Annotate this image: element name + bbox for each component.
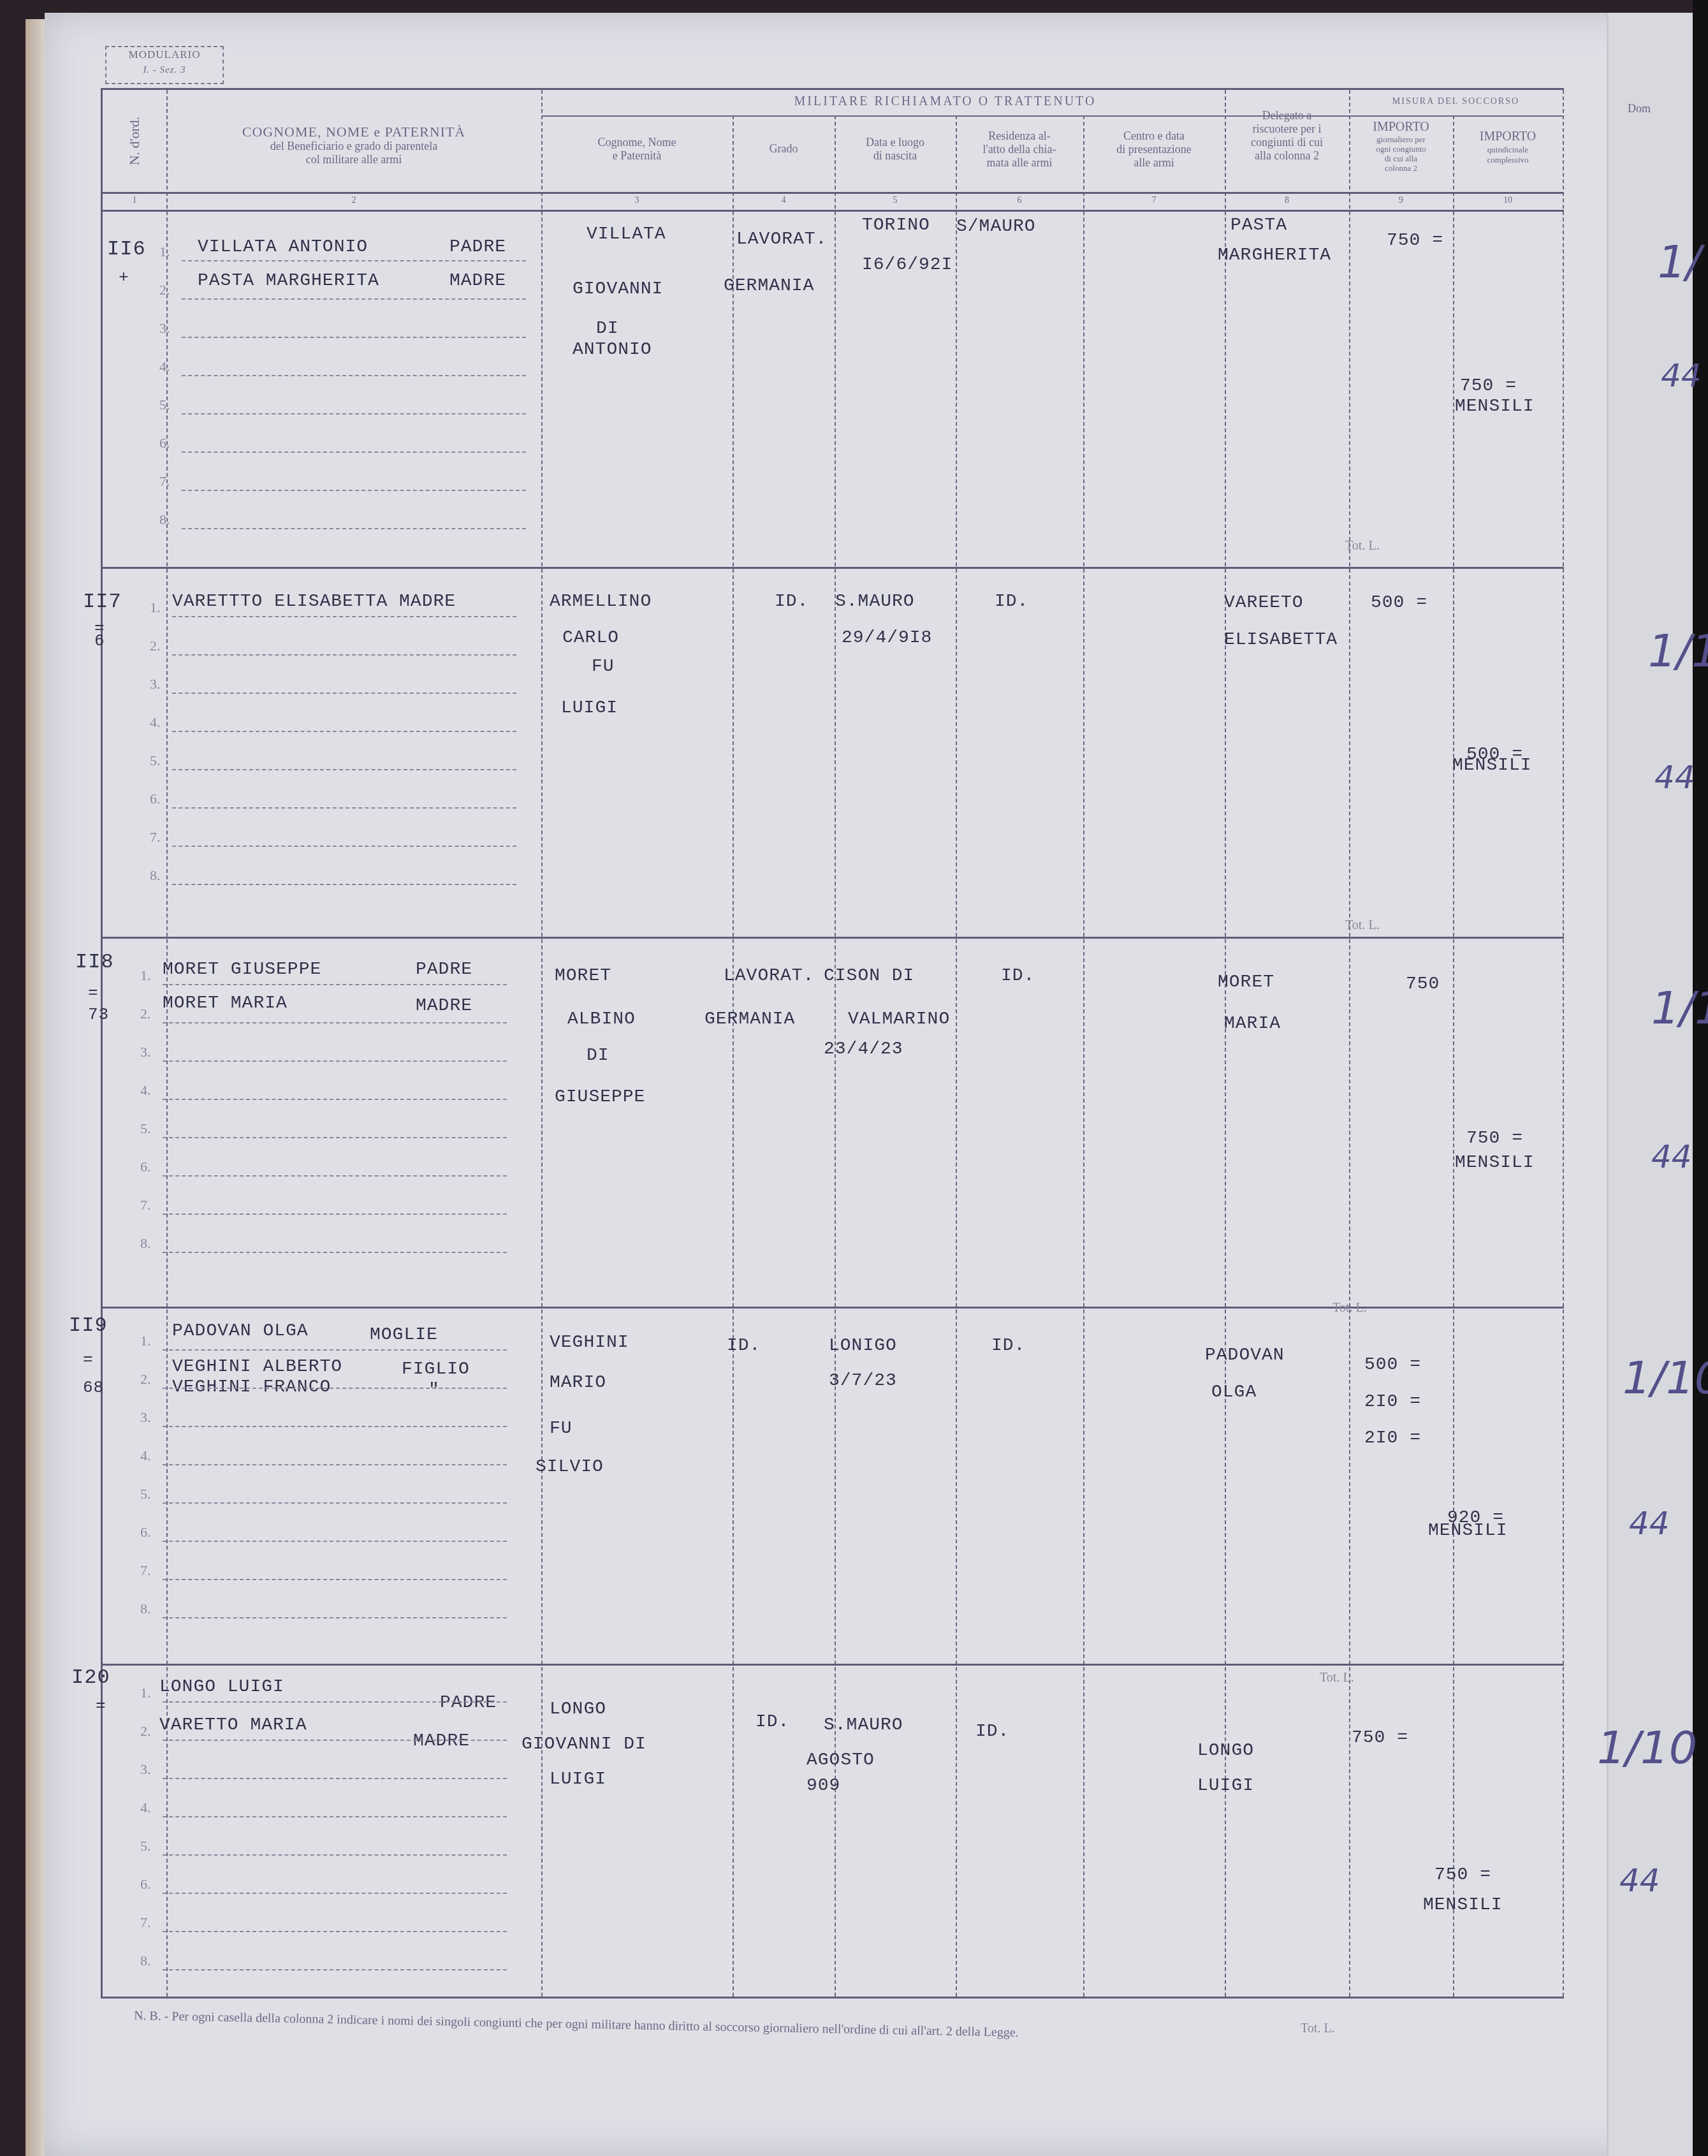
militare-name: SILVIO xyxy=(536,1457,604,1477)
dotted-line xyxy=(163,1252,507,1253)
nascita: TORINO xyxy=(862,216,930,235)
beneficiary-name: PASTA MARGHERITA xyxy=(198,271,379,291)
line-number: 7. xyxy=(140,1914,151,1931)
dotted-line xyxy=(172,846,516,847)
nascita: 23/4/23 xyxy=(824,1039,903,1059)
beneficiary-relation: " xyxy=(428,1381,440,1400)
delegato: VAREETO xyxy=(1224,593,1304,613)
residenza: ID. xyxy=(975,1722,1009,1742)
beneficiary-relation: MOGLIE xyxy=(370,1325,438,1345)
militare-name: VILLATA xyxy=(587,224,666,244)
importo-giornaliero: 750 = xyxy=(1387,231,1443,251)
dotted-line xyxy=(172,731,516,732)
beneficiary-name: LONGO LUIGI xyxy=(159,1677,284,1697)
beneficiary-name: PADOVAN OLGA xyxy=(172,1321,309,1341)
line-number: 8. xyxy=(140,1601,151,1617)
nascita: CISON DI xyxy=(824,966,914,986)
delegato: OLGA xyxy=(1211,1382,1257,1402)
residenza: ID. xyxy=(991,1336,1025,1356)
militare-name: GIOVANNI xyxy=(573,279,663,299)
colnum-bottom-line xyxy=(103,210,1564,212)
dotted-line xyxy=(163,1175,507,1177)
dotted-line xyxy=(182,375,526,376)
colnum-4: 4 xyxy=(733,196,835,206)
col-divider xyxy=(1453,115,1454,1997)
delegato: PADOVAN xyxy=(1205,1346,1285,1365)
line-number: 8. xyxy=(140,1235,151,1252)
dotted-line xyxy=(182,260,526,261)
dotted-line xyxy=(163,1969,507,1970)
total-label: Tot. L. xyxy=(1301,2021,1335,2036)
line-number: 3. xyxy=(159,320,170,337)
dotted-line xyxy=(163,1022,507,1023)
header-nord: N. d'ord. xyxy=(122,109,147,173)
delegato: LUIGI xyxy=(1197,1776,1254,1796)
handwritten-note: 44 xyxy=(1661,357,1702,394)
beneficiary-relation: PADRE xyxy=(416,960,472,979)
beneficiary-relation: PADRE xyxy=(449,237,506,257)
line-number: 4. xyxy=(140,1082,151,1099)
row-separator xyxy=(103,567,1564,569)
dotted-line xyxy=(163,1579,507,1580)
beneficiary-name: VARETTO MARIA xyxy=(159,1715,307,1735)
col-divider xyxy=(733,115,734,1997)
total-label: Tot. L. xyxy=(1345,539,1380,554)
dotted-line xyxy=(172,807,516,809)
dotted-line xyxy=(163,1214,507,1215)
dotted-line xyxy=(163,1617,507,1618)
militare-name: MARIO xyxy=(550,1373,606,1393)
delegato: MARGHERITA xyxy=(1218,246,1331,265)
total-label: Tot. L. xyxy=(1332,1301,1367,1316)
line-number: 7. xyxy=(140,1197,151,1214)
importo-giornaliero: 2I0 = xyxy=(1364,1392,1421,1412)
importo-giornaliero: 500 = xyxy=(1364,1355,1421,1375)
line-number: 7. xyxy=(159,473,170,490)
handwritten-note: 1/10 xyxy=(1597,1722,1697,1774)
modulario-title: MODULARIO xyxy=(106,47,223,62)
militare-name: ARMELLINO xyxy=(550,592,652,612)
line-number: 3. xyxy=(140,1044,151,1060)
dotted-line xyxy=(163,1701,507,1703)
header-col8: Delegato ariscuotere per icongiunti di c… xyxy=(1225,109,1349,163)
dotted-line xyxy=(163,1388,507,1389)
delegato: LONGO xyxy=(1197,1741,1254,1761)
colnum-9: 9 xyxy=(1349,196,1453,206)
line-number: 5. xyxy=(150,752,161,769)
colnum-3: 3 xyxy=(541,196,733,206)
mensili-label: MENSILI xyxy=(1455,1153,1535,1173)
importo-giornaliero: 750 = xyxy=(1352,1728,1408,1748)
militare-name: LUIGI xyxy=(550,1770,606,1789)
line-number: 1. xyxy=(150,599,161,616)
militare-name: LUIGI xyxy=(561,698,618,718)
line-number: 7. xyxy=(140,1562,151,1579)
row-mark: = 73 xyxy=(88,982,109,1025)
nascita: VALMARINO xyxy=(848,1009,950,1029)
militare-name: ANTONIO xyxy=(573,340,652,360)
row-separator xyxy=(103,937,1564,939)
dotted-line xyxy=(172,884,516,885)
militare-name: GIUSEPPE xyxy=(555,1087,645,1107)
row-number: II8 xyxy=(75,950,114,974)
delegato: ELISABETTA xyxy=(1224,630,1338,650)
dotted-line xyxy=(163,1893,507,1894)
delegato: MORET xyxy=(1218,972,1274,992)
colnum-6: 6 xyxy=(956,196,1083,206)
line-number: 6. xyxy=(140,1876,151,1893)
handwritten-note: 1/10 xyxy=(1651,982,1708,1034)
header-group-line xyxy=(1349,115,1563,117)
header-group-militare: MILITARE RICHIAMATO O TRATTENUTO xyxy=(541,95,1349,108)
grado: ID. xyxy=(775,592,808,612)
line-number: 6. xyxy=(150,791,161,807)
nascita: 3/7/23 xyxy=(829,1371,897,1391)
beneficiary-relation: FIGLIO xyxy=(402,1360,470,1379)
header-col10: IMPORTOquindicinalecomplessivo xyxy=(1453,128,1563,165)
dotted-line xyxy=(172,616,516,617)
line-number: 4. xyxy=(140,1800,151,1816)
colnum-8: 8 xyxy=(1225,196,1349,206)
line-number: 1. xyxy=(140,967,151,984)
militare-name: DI xyxy=(587,1046,609,1066)
grado: GERMANIA xyxy=(704,1009,795,1029)
line-number: 8. xyxy=(150,867,161,884)
line-number: 6. xyxy=(159,435,170,451)
line-number: 2. xyxy=(159,282,170,298)
dotted-line xyxy=(163,1464,507,1465)
dotted-line xyxy=(163,1349,507,1351)
militare-name: ALBINO xyxy=(567,1009,636,1029)
header-col5: Data e luogodi nascita xyxy=(835,136,956,163)
mensili-label: MENSILI xyxy=(1428,1521,1508,1541)
line-number: 5. xyxy=(140,1486,151,1502)
importo-giornaliero: 2I0 = xyxy=(1364,1428,1421,1448)
colnum-2: 2 xyxy=(166,196,541,206)
row-number: II7 xyxy=(83,590,122,613)
total-label: Tot. L. xyxy=(1345,918,1380,933)
line-number: 6. xyxy=(140,1159,151,1175)
col-divider xyxy=(1563,90,1564,1997)
handwritten-note: 1/10 xyxy=(1623,1352,1708,1404)
residenza: ID. xyxy=(1001,966,1035,986)
nascita: 29/4/9I8 xyxy=(842,628,932,648)
line-number: 2. xyxy=(140,1371,151,1388)
line-number: 4. xyxy=(159,358,170,375)
dotted-line xyxy=(163,1099,507,1100)
col-divider xyxy=(541,90,543,1997)
importo-totale: 750 = xyxy=(1466,1129,1523,1148)
dotted-line xyxy=(163,1502,507,1504)
grado: LAVORAT. xyxy=(736,230,827,249)
dotted-line xyxy=(163,1426,507,1427)
mensili-label: MENSILI xyxy=(1452,756,1532,775)
beneficiary-relation: MADRE xyxy=(449,271,506,291)
colnum-7: 7 xyxy=(1083,196,1225,206)
row-mark: = xyxy=(96,1696,106,1715)
line-number: 8. xyxy=(140,1953,151,1969)
line-number: 1. xyxy=(140,1333,151,1349)
militare-name: DI xyxy=(596,319,619,339)
col-divider xyxy=(1225,90,1226,1997)
col-divider xyxy=(956,115,957,1997)
dotted-line xyxy=(163,1931,507,1932)
dotted-line xyxy=(182,413,526,414)
header-group-misura: MISURA DEL SOCCORSO xyxy=(1349,95,1563,108)
beneficiary-name: MORET GIUSEPPE xyxy=(163,960,321,979)
line-number: 3. xyxy=(150,676,161,693)
beneficiary-relation: MADRE xyxy=(416,996,472,1016)
row-number: I20 xyxy=(71,1666,110,1689)
grado: GERMANIA xyxy=(724,276,814,296)
handwritten-note: 44 xyxy=(1654,759,1695,796)
header-col9: IMPORTOgiornaliero perogni congiuntodi c… xyxy=(1349,119,1453,173)
dotted-line xyxy=(172,654,516,656)
dotted-line xyxy=(182,490,526,491)
delegato: MARIA xyxy=(1224,1014,1281,1034)
header-col6: Residenza al-l'atto della chia-mata alle… xyxy=(956,129,1083,170)
line-number: 1. xyxy=(159,244,170,260)
dotted-line xyxy=(163,1740,507,1741)
importo-giornaliero: 500 = xyxy=(1371,593,1427,613)
grado: ID. xyxy=(755,1712,789,1732)
row-number: II9 xyxy=(69,1314,108,1337)
line-number: 3. xyxy=(140,1761,151,1778)
row-number: II6 xyxy=(107,237,146,261)
handwritten-note: 44 xyxy=(1619,1862,1660,1899)
line-number: 2. xyxy=(150,638,161,654)
mensili-label: MENSILI xyxy=(1423,1895,1503,1915)
importo-totale: 750 = xyxy=(1460,376,1517,396)
handwritten-note: 1/1 xyxy=(1648,625,1708,677)
importo-giornaliero: 750 xyxy=(1406,974,1440,994)
dotted-line xyxy=(163,1541,507,1542)
line-number: 6. xyxy=(140,1524,151,1541)
residenza: ID. xyxy=(995,592,1028,612)
col-divider xyxy=(1083,115,1084,1997)
adjacent-page-header: Dom xyxy=(1628,102,1651,115)
modulario-sub: I. - Sez. 3 xyxy=(106,62,223,78)
total-label: Tot. L. xyxy=(1320,1671,1354,1685)
nascita: LONIGO xyxy=(829,1336,897,1356)
colnum-10: 10 xyxy=(1453,196,1563,206)
row-mark: = 6 xyxy=(94,622,105,647)
colnum-5: 5 xyxy=(835,196,956,206)
dotted-line xyxy=(182,451,526,453)
dotted-line xyxy=(163,1778,507,1779)
nascita: 909 xyxy=(807,1776,840,1796)
nascita: AGOSTO xyxy=(807,1750,875,1770)
dotted-line xyxy=(163,1816,507,1817)
line-number: 2. xyxy=(140,1723,151,1740)
dotted-line xyxy=(182,528,526,529)
line-number: 2. xyxy=(140,1006,151,1022)
militare-name: LONGO xyxy=(550,1699,606,1719)
dotted-line xyxy=(163,1060,507,1062)
nascita: S.MAURO xyxy=(824,1715,903,1735)
militare-name: GIOVANNI DI xyxy=(522,1734,646,1754)
header-col3: Cognome, Nomee Paternità xyxy=(541,136,733,163)
col-divider xyxy=(166,90,168,1997)
line-number: 7. xyxy=(150,829,161,846)
grado: LAVORAT. xyxy=(724,966,814,986)
beneficiary-name: VARETTTO ELISABETTA MADRE xyxy=(172,592,456,612)
header-bottom-line xyxy=(103,192,1564,194)
row-mark: + xyxy=(119,268,129,287)
beneficiary-name: MORET MARIA xyxy=(163,994,288,1013)
header-col4: Grado xyxy=(733,142,835,156)
scan-edge xyxy=(1693,0,1708,2156)
importo-totale: 750 = xyxy=(1434,1865,1491,1885)
adjacent-page: Dom xyxy=(1607,13,1698,2156)
beneficiary-name: VILLATA ANTONIO xyxy=(198,237,368,257)
col-divider xyxy=(1349,90,1350,1997)
dotted-line xyxy=(182,298,526,300)
dotted-line xyxy=(172,769,516,770)
dotted-line xyxy=(163,1854,507,1856)
militare-name: CARLO xyxy=(562,628,619,648)
dotted-line xyxy=(172,693,516,694)
line-number: 5. xyxy=(159,397,170,413)
beneficiary-relation: PADRE xyxy=(440,1693,497,1713)
delegato: PASTA xyxy=(1230,216,1287,235)
line-number: 5. xyxy=(140,1838,151,1854)
militare-name: FU xyxy=(550,1419,573,1439)
mensili-label: MENSILI xyxy=(1455,397,1535,416)
row-separator xyxy=(103,1664,1564,1666)
line-number: 4. xyxy=(140,1448,151,1464)
line-number: 4. xyxy=(150,714,161,731)
colnum-1: 1 xyxy=(103,196,166,206)
beneficiary-relation: MADRE xyxy=(413,1731,470,1751)
handwritten-note: 1/ xyxy=(1658,236,1701,288)
grado: ID. xyxy=(727,1336,761,1356)
dotted-line xyxy=(163,1137,507,1138)
beneficiary-name: VEGHINI ALBERTO xyxy=(172,1357,342,1377)
modulario-box: MODULARIO I. - Sez. 3 xyxy=(105,46,224,84)
handwritten-note: 44 xyxy=(1651,1138,1692,1175)
militare-name: MORET xyxy=(555,966,611,986)
header-col2: COGNOME, NOME e PATERNITÀ del Beneficiar… xyxy=(166,125,541,166)
residenza: S/MAURO xyxy=(956,217,1036,237)
line-number: 8. xyxy=(159,511,170,528)
militare-name: VEGHINI xyxy=(550,1333,629,1353)
line-number: 1. xyxy=(140,1685,151,1701)
handwritten-note: 44 xyxy=(1629,1505,1670,1542)
row-mark: = 68 xyxy=(83,1346,104,1402)
nascita: S.MAURO xyxy=(835,592,915,612)
header-col7: Centro e datadi presentazionealle armi xyxy=(1083,129,1225,170)
line-number: 5. xyxy=(140,1120,151,1137)
militare-name: FU xyxy=(592,657,615,677)
line-number: 3. xyxy=(140,1409,151,1426)
dotted-line xyxy=(163,984,507,985)
nascita: I6/6/92I xyxy=(862,255,953,275)
dotted-line xyxy=(182,337,526,338)
